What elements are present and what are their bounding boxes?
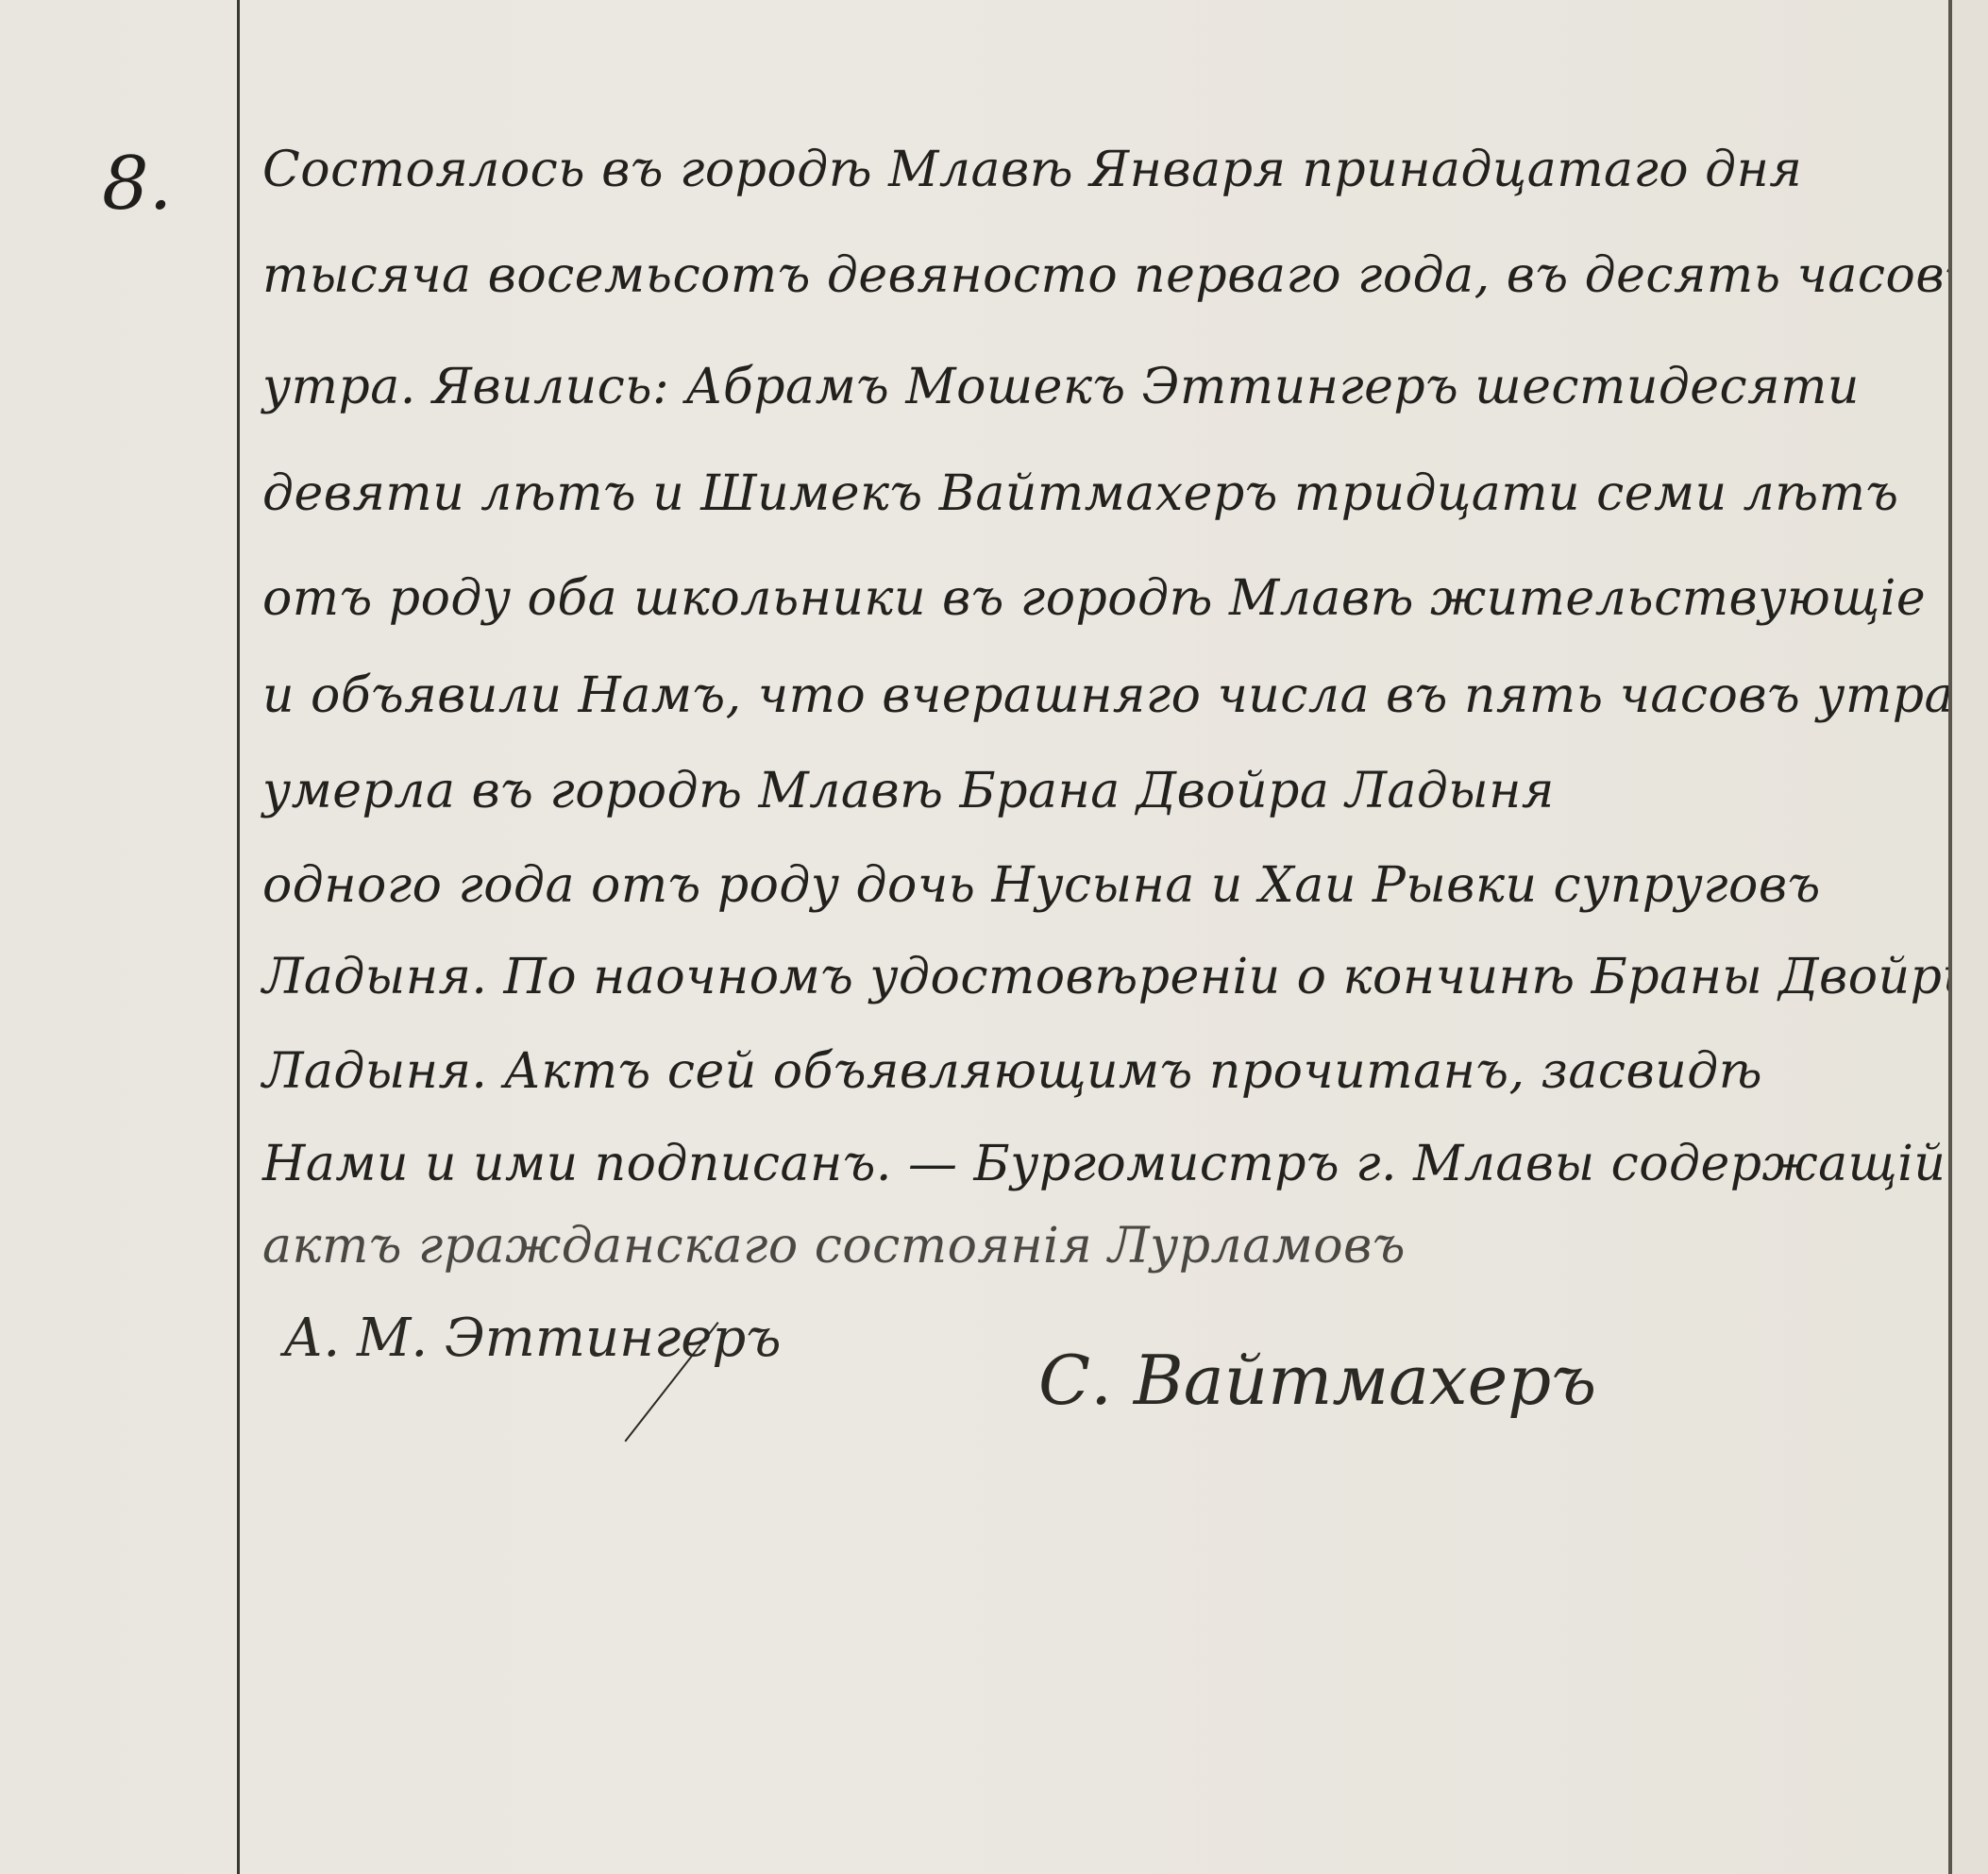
document-page: 8. Состоялось въ городѣ Млавѣ Января при… bbox=[0, 0, 1950, 1874]
signature-vaitmakher: С. Вайтмахеръ bbox=[1038, 1341, 1596, 1420]
text-line-2: тысяча восемьсотъ девяносто перваго года… bbox=[262, 247, 1978, 304]
entry-number: 8. bbox=[102, 142, 172, 227]
text-line-7: умерла въ городѣ Млавѣ Брана Двойра Лады… bbox=[262, 763, 1555, 819]
text-line-1: Состоялось въ городѣ Млавѣ Января принад… bbox=[262, 142, 1802, 198]
text-line-4: девяти лѣтъ и Шимекъ Вайтмахеръ тридцати… bbox=[262, 465, 1899, 522]
text-line-12: актъ гражданскаго состоянія Лурламовъ bbox=[262, 1218, 1406, 1275]
text-line-11: Нами и ими подписанъ. — Бургомистръ г. М… bbox=[262, 1136, 1946, 1192]
text-line-10: Ладыня. Актъ сей объявляющимъ прочитанъ,… bbox=[262, 1043, 1762, 1100]
text-line-5: отъ роду оба школьники въ городѣ Млавѣ ж… bbox=[262, 570, 1926, 627]
adjacent-page-strip bbox=[1952, 0, 1988, 1874]
text-line-8: одного года отъ роду дочь Нусына и Хаи Р… bbox=[262, 857, 1821, 914]
margin-rule bbox=[237, 0, 240, 1874]
text-line-9: Ладыня. По наочномъ удостовѣреніи о конч… bbox=[262, 949, 1982, 1005]
text-line-6: и объявили Намъ, что вчерашняго числа въ… bbox=[262, 667, 1954, 724]
text-line-3: утра. Явились: Абрамъ Мошекъ Эттингеръ ш… bbox=[262, 359, 1860, 415]
